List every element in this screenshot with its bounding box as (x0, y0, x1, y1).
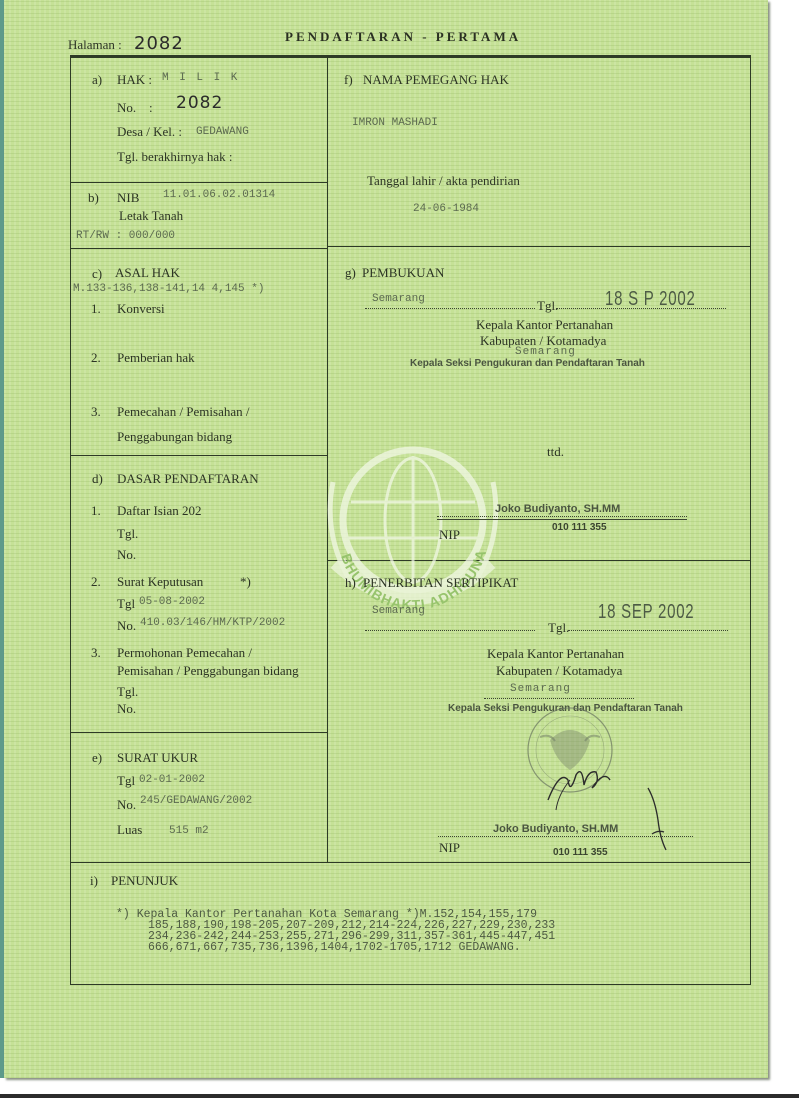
dasar-title: DASAR PENDAFTARAN (117, 471, 259, 487)
surat-ukur-no-label: No. (117, 797, 136, 813)
surat-keputusan-no-value: 410.03/146/HM/KTP/2002 (140, 617, 285, 629)
penunjuk-title: PENUNJUK (111, 873, 178, 889)
official-name: Joko Budiyanto, SH.MM (495, 503, 620, 515)
signature-dotted-line (438, 836, 693, 837)
office-line-2: Kabupaten / Kotamadya (496, 663, 622, 679)
permohonan-tgl-label: Tgl. (117, 684, 138, 700)
luas-value: 515 m2 (169, 825, 209, 837)
place-dotted-line (365, 630, 535, 631)
surat-keputusan-tgl-label: Tgl (117, 596, 135, 612)
daftar-isian-label: Daftar Isian 202 (117, 503, 201, 519)
surat-keputusan-mark: *) (240, 574, 251, 590)
official-name: Joko Budiyanto, SH.MM (493, 823, 618, 835)
birth-label: Tanggal lahir / akta pendirian (367, 173, 520, 189)
signature-dotted-line (437, 516, 687, 517)
page-label: Halaman : (68, 37, 122, 53)
hak-label: HAK : (117, 72, 152, 88)
hak-value: M I L I K (162, 72, 239, 84)
penerbitan-tgl-label: Tgl. (548, 620, 569, 636)
section-b-label: b) (88, 190, 99, 206)
daftar-isian-tgl-label: Tgl. (117, 526, 138, 542)
penunjuk-text: *) Kepala Kantor Pertanahan Kota Semaran… (116, 909, 555, 953)
surat-keputusan-no-label: No. (117, 618, 136, 634)
nip-label: NIP (439, 840, 460, 856)
divider-a-b (71, 182, 327, 183)
nama-pemegang-title: NAMA PEMEGANG HAK (363, 72, 509, 88)
no-separator: : (149, 100, 153, 116)
divider-f-g (327, 246, 751, 247)
penerbitan-date-stamp: 18 SEP 2002 (598, 601, 694, 624)
dasar-item-num: 2. (91, 574, 101, 590)
pembukuan-place: Semarang (372, 293, 425, 305)
nip-value: 010 111 355 (553, 847, 608, 858)
desa-value: GEDAWANG (196, 126, 249, 138)
holder-name: IMRON MASHADI (352, 117, 438, 129)
permohonan-label-2: Pemisahan / Penggabungan bidang (117, 663, 299, 679)
daftar-isian-no-label: No. (117, 547, 136, 563)
divider-d-e (71, 732, 327, 733)
ttd-label: ttd. (547, 444, 564, 460)
penerbitan-title: PENERBITAN SERTIPIKAT (363, 575, 518, 591)
bpn-emblem-watermark-icon: BHUMIBHAKTI ADHIGUNA (318, 442, 508, 622)
office-city: Semarang (510, 683, 571, 695)
signature-line (437, 519, 687, 520)
permohonan-label-1: Permohonan Pemecahan / (117, 645, 252, 661)
office-city: Semarang (515, 346, 576, 358)
surat-keputusan-label: Surat Keputusan (117, 574, 203, 590)
luas-label: Luas (117, 822, 142, 838)
no-value: 2082 (176, 93, 223, 113)
asal-item-konversi: Konversi (117, 301, 165, 317)
section-a-label: a) (92, 72, 102, 88)
birth-value: 24-06-1984 (413, 203, 479, 215)
scan-bottom-edge (0, 1094, 799, 1098)
pembukuan-date-stamp: 18 S P 2002 (605, 288, 696, 311)
asal-item-num: 3. (91, 404, 101, 420)
section-g-label: g) (345, 265, 356, 281)
surat-ukur-title: SURAT UKUR (117, 750, 198, 766)
asal-item-num: 1. (91, 301, 101, 317)
nib-label: NIB (117, 190, 139, 206)
office-line-1: Kepala Kantor Pertanahan (476, 317, 613, 333)
asal-item-num: 2. (91, 350, 101, 366)
section-d-label: d) (92, 471, 103, 487)
place-dotted-line (365, 308, 535, 309)
surat-ukur-tgl-label: Tgl (117, 773, 135, 789)
asal-item-penggabungan: Penggabungan bidang (117, 429, 232, 445)
section-head-title: Kepala Seksi Pengukuran dan Pendaftaran … (410, 358, 645, 369)
surat-keputusan-tgl-value: 05-08-2002 (139, 596, 205, 608)
signature-icon (540, 740, 680, 860)
nip-label: NIP (439, 527, 460, 543)
page-number: 2082 (134, 33, 184, 54)
permohonan-no-label: No. (117, 701, 136, 717)
divider-i (71, 862, 751, 863)
asal-hak-title: ASAL HAK (115, 265, 180, 281)
document-title: PENDAFTARAN - PERTAMA (285, 29, 521, 45)
section-c-label: c) (92, 266, 102, 282)
divider-b-c (71, 248, 327, 249)
dasar-item-num: 3. (91, 645, 101, 661)
nip-value: 010 111 355 (552, 522, 607, 533)
section-i-label: i) (90, 873, 98, 889)
section-h-label: h) (345, 575, 356, 591)
asal-item-pemberian: Pemberian hak (117, 350, 195, 366)
city-dotted-line (484, 698, 634, 699)
nib-value: 11.01.06.02.01314 (163, 189, 275, 201)
rtrw-value: RT/RW : 000/000 (76, 230, 175, 242)
surat-ukur-no-value: 245/GEDAWANG/2002 (140, 795, 252, 807)
dasar-item-num: 1. (91, 503, 101, 519)
divider-c-d (71, 455, 327, 456)
tgl-berakhir-label: Tgl. berakhirnya hak : (117, 149, 233, 165)
section-f-label: f) (344, 72, 353, 88)
pembukuan-title: PEMBUKUAN (362, 265, 444, 281)
no-label: No. (117, 100, 136, 116)
section-e-label: e) (92, 750, 102, 766)
office-line-1: Kepala Kantor Pertanahan (487, 646, 624, 662)
pembukuan-tgl-label: Tgl. (537, 298, 558, 314)
letak-tanah-label: Letak Tanah (119, 208, 183, 224)
desa-label: Desa / Kel. : (117, 124, 182, 140)
asal-hak-value: M.133-136,138-141,14 4,145 *) (73, 283, 264, 295)
penunjuk-line: 666,671,667,735,736,1396,1404,1702-1705,… (116, 942, 555, 953)
date-dotted-line (568, 630, 728, 631)
penerbitan-place: Semarang (372, 605, 425, 617)
surat-ukur-tgl-value: 02-01-2002 (139, 774, 205, 786)
asal-item-pemecahan: Pemecahan / Pemisahan / (117, 404, 250, 420)
